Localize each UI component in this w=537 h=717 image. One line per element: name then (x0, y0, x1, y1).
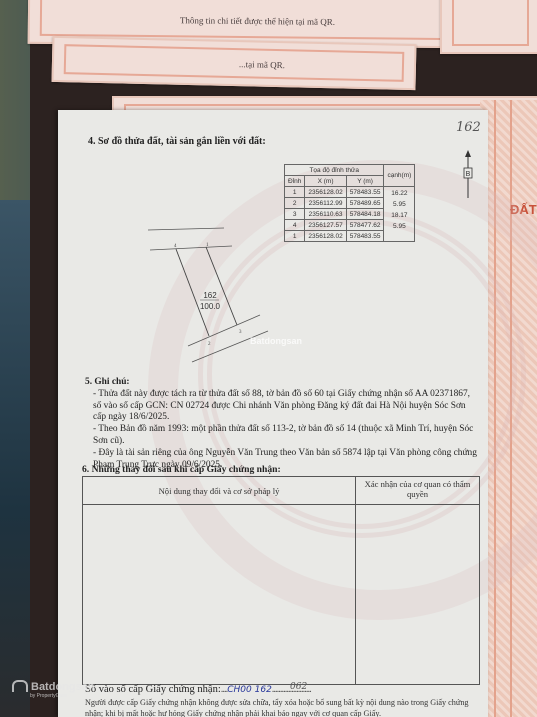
coord-cell-y: 578483.55 (346, 231, 384, 242)
handwritten-number: 162 (456, 120, 481, 135)
register-label: Số vào sổ cấp Giấy chứng nhận: (85, 684, 221, 695)
col-x: X (m) (305, 176, 346, 187)
coord-row: 32356110.63578484.1818.17 (285, 209, 415, 220)
edge-header: cạnh(m) (384, 165, 415, 187)
svg-text:B: B (466, 171, 471, 178)
watermark-logo: Batdongsan (250, 336, 302, 346)
coord-cell-y: 578483.55 (346, 187, 384, 198)
coord-cell-edge: 5.95 (384, 198, 415, 209)
register-value: CH00 162 (227, 685, 272, 695)
section-5-title: 5. Ghi chú: (85, 377, 480, 389)
coord-cell-vertex: 2 (285, 198, 305, 209)
col-vertex: Đỉnh (285, 176, 305, 187)
svg-text:162: 162 (203, 291, 217, 300)
coord-cell-y: 578489.65 (346, 198, 384, 209)
coord-cell-vertex: 1 (285, 187, 305, 198)
qr-text: Thông tin chi tiết được thể hiện tại mã … (180, 15, 335, 27)
background-certificate (440, 0, 537, 54)
svg-text:4: 4 (174, 244, 177, 249)
note-item: - Thửa đất này được tách ra từ thửa đất … (85, 389, 480, 424)
coord-cell-x: 2356110.63 (305, 209, 346, 220)
note-item: - Theo Bản đồ năm 1993: một phần thửa đấ… (85, 424, 480, 448)
qr-text: ...tại mã QR. (239, 59, 285, 70)
coord-cell-edge: 18.17 (384, 209, 415, 220)
coord-row: 22356112.99578489.655.95 (285, 198, 415, 209)
coord-row: 42356127.57578477.625.95 (285, 220, 415, 231)
changes-col-content: Nội dung thay đổi và cơ sở pháp lý (83, 486, 355, 496)
coord-cell-x: 2356128.02 (305, 187, 346, 198)
coord-row: 12356128.02578483.55 (285, 231, 415, 242)
coord-cell-x: 2356112.99 (305, 198, 346, 209)
coord-cell-x: 2356127.57 (305, 220, 346, 231)
background-certificate: ...tại mã QR. (52, 36, 417, 90)
coord-group-header: Tọa độ đỉnh thửa (285, 165, 384, 176)
handwritten-extra: 062 (290, 682, 307, 692)
register-number-line: Số vào sổ cấp Giấy chứng nhận:....CH00 1… (85, 684, 311, 695)
coord-row: 12356128.02578483.5516.22 (285, 187, 415, 198)
section-4-title: 4. Sơ đồ thửa đất, tài sản gắn liền với … (88, 136, 266, 147)
changes-table: Nội dung thay đổi và cơ sở pháp lý Xác n… (82, 476, 480, 685)
coord-cell-y: 578484.18 (346, 209, 384, 220)
coord-cell-edge: 16.22 (384, 187, 415, 198)
svg-text:2: 2 (208, 342, 211, 347)
svg-text:3: 3 (239, 330, 242, 335)
house-logo-icon (12, 680, 28, 692)
changes-col-confirmation: Xác nhận của cơ quan có thẩm quyền (356, 479, 479, 499)
section-5-notes: 5. Ghi chú: - Thửa đất này được tách ra … (85, 377, 480, 471)
north-arrow-icon: B (462, 150, 474, 200)
col-y: Y (m) (346, 176, 384, 187)
footer-note: Người được cấp Giấy chứng nhận không đượ… (85, 698, 485, 717)
section-6-title: 6. Những thay đổi sau khi cấp Giấy chứng… (82, 464, 281, 475)
coord-cell-x: 2356128.02 (305, 231, 346, 242)
coord-cell-edge (384, 231, 415, 242)
coordinate-table: Tọa độ đỉnh thửa cạnh(m) Đỉnh X (m) Y (m… (284, 164, 415, 242)
svg-text:100.0: 100.0 (200, 302, 221, 311)
batdongsan-logo: Batdongsan by PropertyGuru (12, 680, 95, 699)
coord-cell-edge: 5.95 (384, 220, 415, 231)
coord-cell-y: 578477.62 (346, 220, 384, 231)
background-chair (0, 200, 30, 717)
